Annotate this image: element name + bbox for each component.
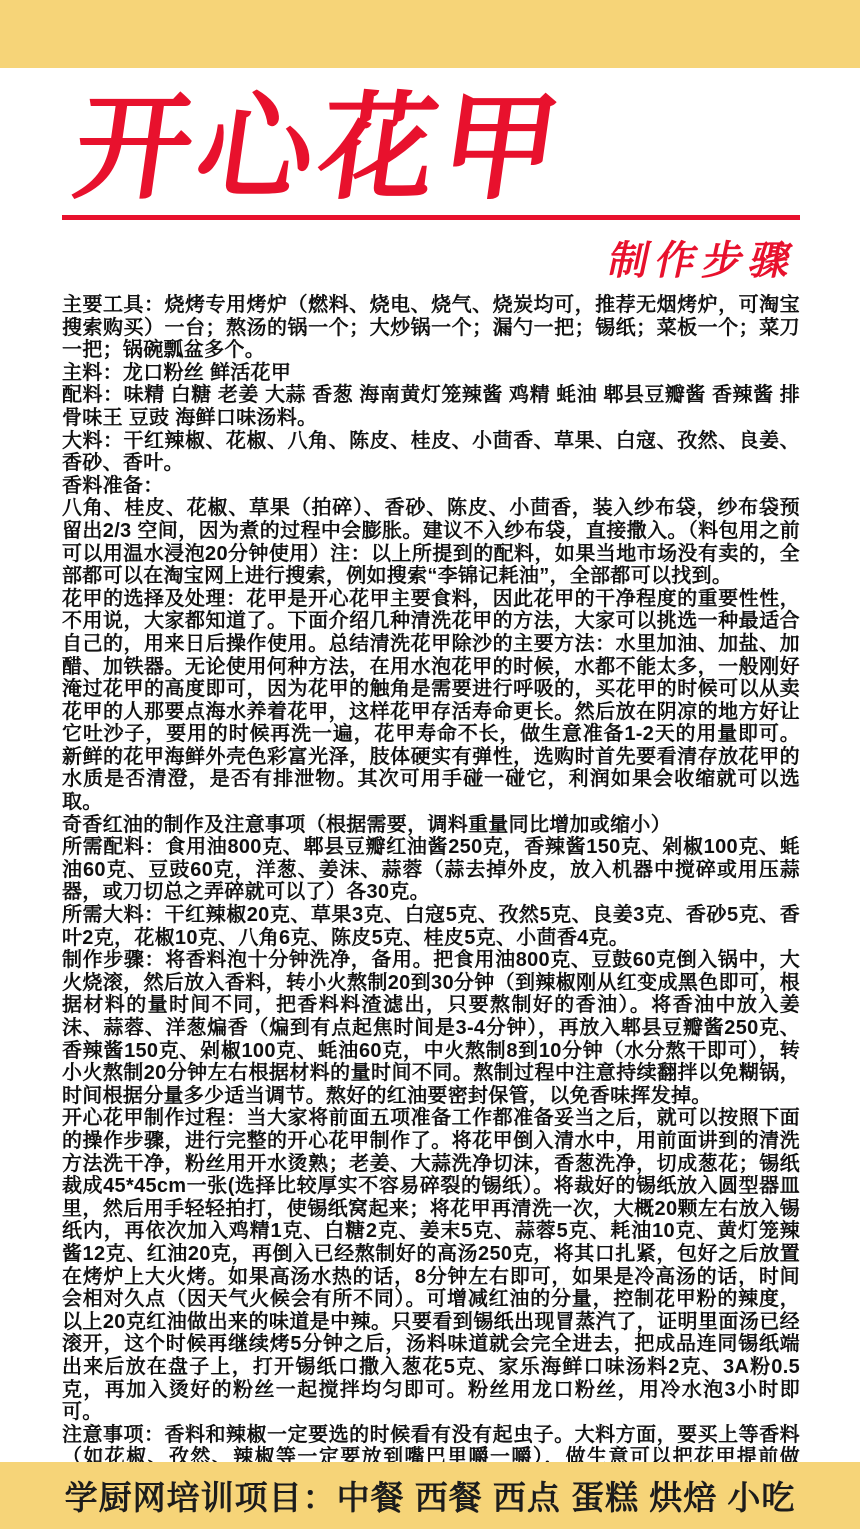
paragraph-red-oil-ingredients: 所需配料：食用油800克、郫县豆瓣红油酱250克，香辣酱150克、剁椒100克、… (62, 836, 800, 904)
paragraph-main-tools: 主要工具：烧烤专用烤炉（燃料、烧电、烧气、烧炭均可，推荐无烟烤炉，可淘宝搜索购买… (62, 294, 800, 362)
subtitle-badge: 制作步骤 (604, 229, 804, 286)
footer-bar: 学厨网培训项目：中餐 西餐 西点 蛋糕 烘焙 小吃 (0, 1462, 860, 1529)
recipe-body: 主要工具：烧烤专用烤炉（燃料、烧电、烧气、烧炭均可，推荐无烟烤炉，可淘宝搜索购买… (62, 294, 800, 1462)
paragraph-clam-selection: 花甲的选择及处理：花甲是开心花甲主要食料，因此花甲的干净程度的重要性性，不用说，… (62, 588, 800, 814)
top-yellow-band (0, 0, 860, 68)
paragraph-notes: 注意事项：香料和辣椒一定要选的时候看有没有起虫子。大料方面，要买上等香料（如花椒… (62, 1424, 800, 1462)
paragraph-making-process: 开心花甲制作过程：当大家将前面五项准备工作都准备妥当之后，就可以按照下面的操作步… (62, 1107, 800, 1423)
paragraph-spices: 大料：干红辣椒、花椒、八角、陈皮、桂皮、小茴香、草果、白寇、孜然、良姜、香砂、香… (62, 430, 800, 475)
paragraph-red-oil-steps: 制作步骤：将香料泡十分钟洗净，备用。把食用油800克、豆鼓60克倒入锅中，大火烧… (62, 949, 800, 1107)
paragraph-main-ingredient: 主料：龙口粉丝 鲜活花甲 (62, 362, 800, 385)
subtitle-row: 制作步骤 (62, 220, 800, 294)
paragraph-spice-prep-detail: 八角、桂皮、花椒、草果（拍碎）、香砂、陈皮、小茴香，装入纱布袋，纱布袋预留出2/… (62, 497, 800, 587)
footer-text: 学厨网培训项目：中餐 西餐 西点 蛋糕 烘焙 小吃 (65, 1472, 796, 1519)
page-title: 开心花甲 (68, 90, 816, 206)
recipe-poster: 开心花甲 制作步骤 主要工具：烧烤专用烤炉（燃料、烧电、烧气、烧炭均可，推荐无烟… (0, 0, 860, 1529)
paragraph-red-oil-heading: 奇香红油的制作及注意事项（根据需要，调料重量同比增加或缩小） (62, 814, 800, 837)
poster-content: 开心花甲 制作步骤 主要工具：烧烤专用烤炉（燃料、烧电、烧气、烧炭均可，推荐无烟… (0, 68, 860, 1462)
paragraph-red-oil-spices: 所需大料：干红辣椒20克、草果3克、白寇5克、孜然5克、良姜3克、香砂5克、香叶… (62, 904, 800, 949)
paragraph-spice-prep-heading: 香料准备： (62, 475, 800, 498)
paragraph-seasonings: 配料：味精 白糖 老姜 大蒜 香葱 海南黄灯笼辣酱 鸡精 蚝油 郫县豆瓣酱 香辣… (62, 384, 800, 429)
